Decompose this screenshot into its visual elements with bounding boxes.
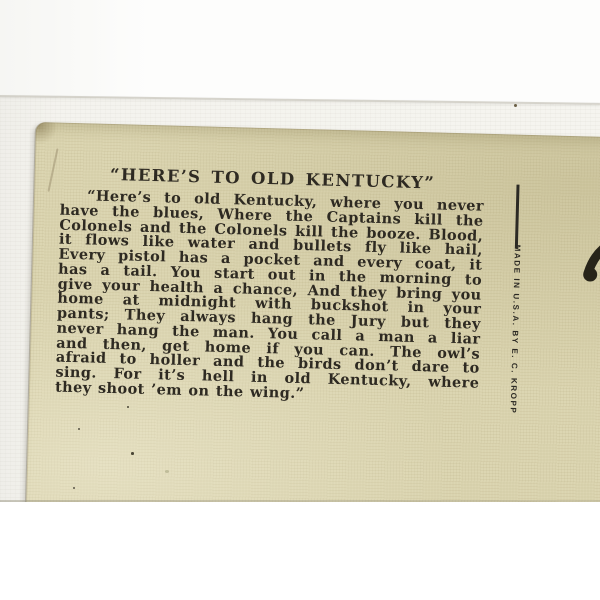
poem-text: “Here’s to old Kentucky, where you never… <box>55 189 484 407</box>
background-bottom <box>0 502 600 600</box>
script-flourish-glyph <box>558 224 600 356</box>
divider-rule <box>515 185 519 249</box>
paper-speck <box>165 470 169 473</box>
publisher-imprint-vertical: MADE IN U.S.A. BY E. C. KROPP <box>498 244 522 526</box>
postcard: “HERE’S TO OLD KENTUCKY” “Here’s to old … <box>26 122 600 527</box>
paper-speck <box>78 428 80 430</box>
paper-speck <box>73 487 75 489</box>
corner-wear-mark <box>31 122 58 145</box>
background-top <box>0 0 600 104</box>
paper-speck <box>127 406 129 408</box>
photo-background: “HERE’S TO OLD KENTUCKY” “Here’s to old … <box>0 0 600 600</box>
paper-speck <box>131 452 134 455</box>
paper-speck <box>514 104 517 107</box>
